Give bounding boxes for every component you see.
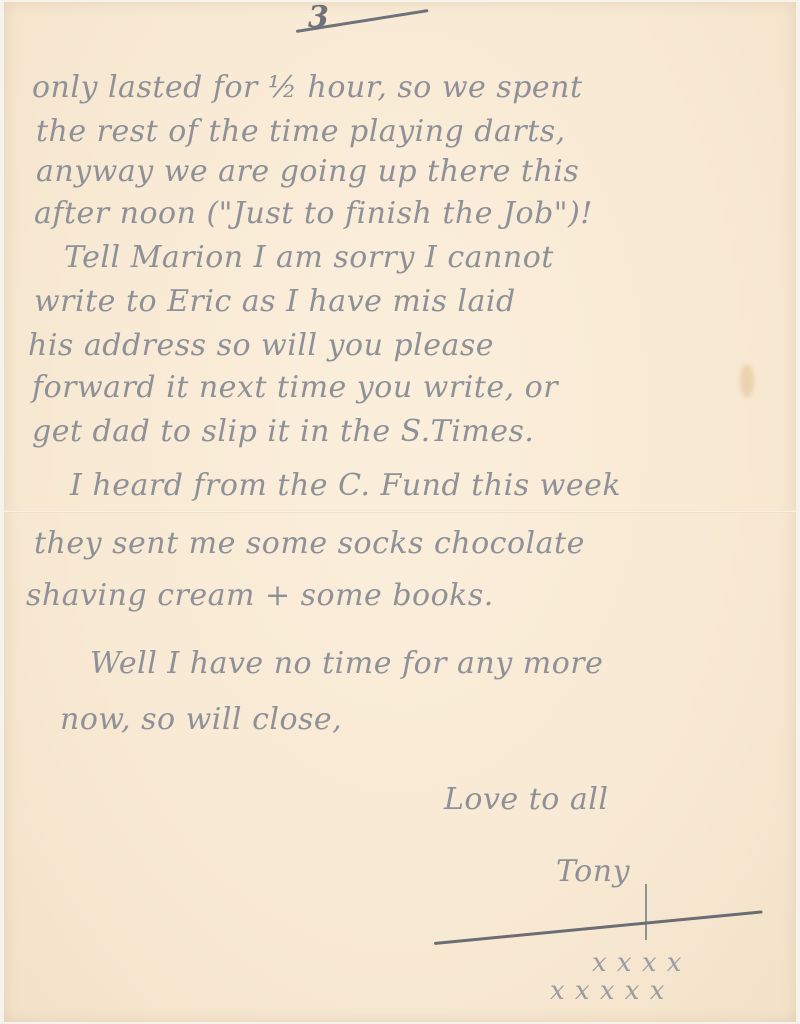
letter-line-10: I heard from the C. Fund this week [70,468,621,503]
letter-line-12: shaving cream + some books. [26,578,494,613]
letter-line-9: get dad to slip it in the S.Times. [32,414,534,449]
letter-line-7: his address so will you please [28,328,494,363]
letter-line-6: write to Eric as I have mis laid [34,284,516,319]
kisses-row-1: x x x x [592,948,682,978]
paper-fold-crease [4,510,796,513]
letter-line-4: after noon ("Just to finish the Job")! [34,196,593,231]
kisses-row-2: x x x x x [550,976,665,1006]
letter-page: 3 only lasted for ½ hour, so we spent th… [4,2,796,1022]
letter-line-2: the rest of the time playing darts, [36,114,566,149]
letter-line-3: anyway we are going up there this [36,154,579,189]
signature-flourish-stem [645,884,647,940]
letter-line-13: Well I have no time for any more [90,646,603,681]
paper-stain [740,364,754,398]
letter-closing: Love to all [444,782,608,817]
letter-line-1: only lasted for ½ hour, so we spent [32,70,583,105]
signature: Tony [556,854,630,889]
letter-line-8: forward it next time you write, or [32,370,558,405]
signature-underline [434,910,763,945]
letter-line-5: Tell Marion I am sorry I cannot [64,240,554,275]
letter-line-11: they sent me some socks chocolate [34,526,585,561]
letter-line-14: now, so will close, [60,702,342,737]
